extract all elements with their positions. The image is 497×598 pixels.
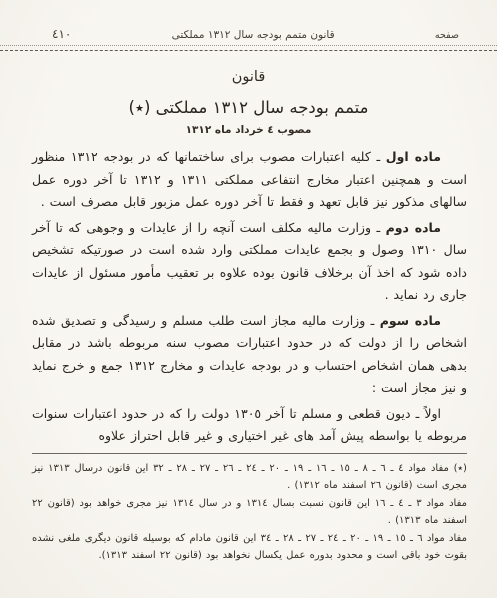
- header-running-title: قانون متمم بودجه سال ١٣١٢ مملكتى: [172, 29, 335, 41]
- document-body: ماده اول ـ كليه اعتبارات مصوب براى ساختم…: [32, 146, 467, 448]
- article-3-heading: ماده سوم: [380, 313, 441, 328]
- footnote-1: (٭) مفاد مواد ٤ ـ ٦ ـ ٨ ـ ١٥ ـ ١٦ ـ ١٩ ـ…: [32, 460, 467, 495]
- article-3-paragraph: ماده سوم ـ وزارت ماليه مجاز است طلب مسلم…: [32, 310, 467, 400]
- header-page-label: صفحه: [435, 30, 459, 41]
- firstly-clause-heading: اولاً: [424, 406, 441, 421]
- firstly-clause-text: ـ ديون قطعى و مسلم تا آخر ١٣٠٥ دولت را ك…: [32, 406, 467, 444]
- footnotes-section: (٭) مفاد مواد ٤ ـ ٦ ـ ٨ ـ ١٥ ـ ١٦ ـ ١٩ ـ…: [32, 460, 467, 565]
- scanned-document-page: صفحه قانون متمم بودجه سال ١٣١٢ مملكتى ٤١…: [0, 0, 497, 598]
- footnote-separator-rule: [32, 453, 467, 454]
- footnote-3: مفاد مواد ٦ ـ ١٥ ـ ١٩ ـ ٢٠ ـ ٢٤ ـ ٢٧ ـ ٢…: [32, 530, 467, 565]
- article-1-heading: ماده اول: [386, 149, 441, 164]
- page-header: صفحه قانون متمم بودجه سال ١٣١٢ مملكتى ٤١…: [0, 0, 497, 41]
- firstly-clause-paragraph: اولاً ـ ديون قطعى و مسلم تا آخر ١٣٠٥ دول…: [32, 403, 467, 448]
- article-2-heading: ماده دوم: [386, 220, 441, 235]
- document-subtitle: متمم بودجه سال ١٣١٢ مملكتى (٭): [0, 98, 497, 117]
- approval-date: مصوب ٤ خرداد ماه ١٣١٢: [0, 124, 497, 136]
- footnote-2: مفاد مواد ٣ ـ ٤ ـ ١٦ اين قانون نسبت بسال…: [32, 495, 467, 530]
- article-2-paragraph: ماده دوم ـ وزارت ماليه مكلف است آنچه را …: [32, 217, 467, 307]
- header-rule: [0, 45, 497, 51]
- article-1-paragraph: ماده اول ـ كليه اعتبارات مصوب براى ساختم…: [32, 146, 467, 214]
- document-title: قانون: [0, 69, 497, 85]
- header-page-number: ٤١٠: [52, 27, 71, 41]
